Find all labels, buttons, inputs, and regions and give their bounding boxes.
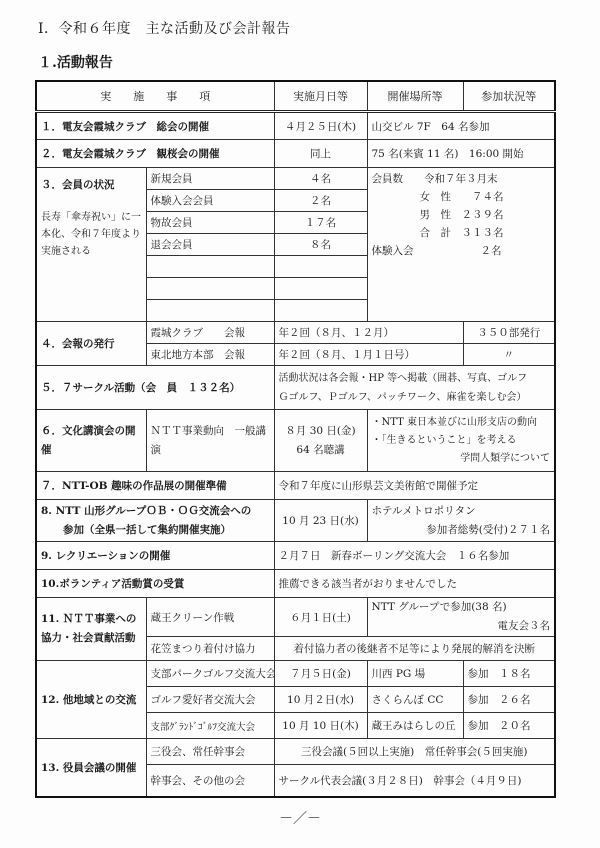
- female-count: 女 性 ７４名: [372, 188, 551, 206]
- row3-label: 新規会員: [146, 168, 274, 190]
- trial-label: 体験入会: [372, 242, 414, 260]
- header-date: 実施月日等: [274, 81, 367, 112]
- row1-place: 山交ビル 7F 64 名参加: [367, 112, 555, 140]
- row4-status: 〃: [463, 344, 555, 366]
- row10-detail: 推薦できる該当者がおりませんでした: [274, 570, 555, 598]
- row10-item: 10.ボランティア活動賞の受賞: [36, 570, 274, 598]
- row12-date: 10 月 10 日(木): [274, 713, 367, 739]
- row6-item: ６．文化講演会の開催: [36, 410, 146, 472]
- male-count: 男 性 ２３９名: [372, 206, 551, 224]
- row6-detail-line1: ・NTT 東日本並びに山形支店の動向: [372, 414, 551, 432]
- row11-label: 蔵王クリーン作戦: [146, 598, 274, 637]
- header-item: 実 施 事 項: [36, 81, 274, 112]
- page-number: －／－: [0, 808, 600, 828]
- row6-detail-line3: 学問人類学について: [372, 450, 551, 468]
- table-header-row: 実 施 事 項 実施月日等 開催場所等 参加状況等: [36, 81, 555, 112]
- row4-schedule: 年２回（８月、１２月）: [274, 322, 463, 344]
- row12-count: 参加 １８名: [463, 661, 555, 687]
- table-row: 11. ＮＴＴ事業への協力・社会貢献活動 蔵王クリーン作戦 ６月１日(土) NT…: [36, 598, 555, 637]
- table-row: ５．７サークル活動（会 員 １３２名） 活動状況は各会報・HP 等へ掲載（囲碁、…: [36, 366, 555, 410]
- row3-label: 退会会員: [146, 234, 274, 256]
- row2-place: 75 名(来賓 11 名) 16:00 開始: [367, 140, 555, 168]
- activity-report-table: 実 施 事 項 実施月日等 開催場所等 参加状況等 １．電友会霞城クラブ 総会の…: [35, 80, 556, 798]
- header-place: 開催場所等: [367, 81, 463, 112]
- row2-item: ２．電友会霞城クラブ 観桜会の開催: [36, 140, 274, 168]
- row5-detail-line1: 活動状況は各会報・HP 等へ掲載（囲碁、写真、ゴルフ: [279, 369, 551, 388]
- row3-label: [146, 300, 274, 322]
- member-count-heading: 会員数 令和７年３月末: [372, 170, 551, 188]
- table-row: ６．文化講演会の開催 ＮＴＴ事業動向 一般講演 ８月 30 日(金) 64 名聴…: [36, 410, 555, 472]
- row11-item: 11. ＮＴＴ事業への協力・社会貢献活動: [36, 598, 146, 661]
- row3-value: ４名: [274, 168, 367, 190]
- row3-item: ３．会員の状況: [41, 176, 142, 195]
- row4-schedule: 年２回（８月、１月１日号）: [274, 344, 463, 366]
- table-row: 13. 役員会議の開催 三役会、常任幹事会 三役会議(５回以上実施) 常任幹事会…: [36, 739, 555, 765]
- row8-place: ホテルメトロポリタン 参加者総勢(受付)２７１名: [367, 500, 555, 542]
- row3-label: 体験入会会員: [146, 190, 274, 212]
- row3-value: [274, 256, 367, 278]
- row3-value: ８名: [274, 234, 367, 256]
- row3-item-cell: ３．会員の状況 長寿「傘寿祝い」に一本化、令和７年度より実施される: [36, 168, 146, 322]
- row3-value: ２名: [274, 190, 367, 212]
- row6-detail: ・NTT 東日本並びに山形支店の動向 ・「生きるということ」を考える 学問人類学…: [367, 410, 555, 472]
- table-row: 10.ボランティア活動賞の受賞 推薦できる該当者がおりませんでした: [36, 570, 555, 598]
- row8-count: 参加者総勢(受付)２７１名: [372, 521, 551, 540]
- row1-item: １．電友会霞城クラブ 総会の開催: [36, 112, 274, 140]
- row5-detail: 活動状況は各会報・HP 等へ掲載（囲碁、写真、ゴルフ Ｇゴルフ、Ｐゴルフ、パッチ…: [274, 366, 555, 410]
- trial-value: ２名: [481, 242, 502, 260]
- row12-date: ７月５日(金): [274, 661, 367, 687]
- row7-detail: 令和７年度に山形県芸文美術館で開催予定: [274, 472, 555, 500]
- row3-label: [146, 256, 274, 278]
- row11-label: 花笠まつり着付け協力: [146, 637, 274, 661]
- row13-detail: 三役会議(５回以上実施) 常任幹事会(５回実施): [274, 739, 555, 765]
- row9-detail: ２月７日 新春ボーリング交流大会 １６名参加: [274, 542, 555, 570]
- row8-place-name: ホテルメトロポリタン: [372, 502, 551, 521]
- row8-item-line2: 参加（全県一括して集約開催実施）: [41, 521, 270, 540]
- table-row: ４．会報の発行 霞城クラブ 会報 年２回（８月、１２月） ３５０部発行: [36, 322, 555, 344]
- row4-label: 東北地方本部 会報: [146, 344, 274, 366]
- row5-item: ５．７サークル活動（会 員 １３２名）: [36, 366, 274, 410]
- table-row: １．電友会霞城クラブ 総会の開催 ４月２５日(木) 山交ビル 7F 64 名参加: [36, 112, 555, 140]
- row12-label: 支部ｸﾞﾗﾝﾄﾞｺﾞﾙﾌ交流大会: [146, 713, 274, 739]
- row11-detail: 着付協力者の後継者不足等により発展的解消を決断: [274, 637, 555, 661]
- header-status: 参加状況等: [463, 81, 555, 112]
- row8-date: 10 月 23 日(水): [274, 500, 367, 542]
- section-title: １.活動報告: [38, 52, 113, 72]
- row3-label: 物故会員: [146, 212, 274, 234]
- row6-sub: ＮＴＴ事業動向 一般講演: [146, 410, 274, 472]
- row12-count: 参加 ２０名: [463, 713, 555, 739]
- row11-detail-line1: NTT グループで参加(38 名): [372, 598, 551, 617]
- table-row: ７．NTT-OB 趣味の作品展の開催準備 令和７年度に山形県芸文美術館で開催予定: [36, 472, 555, 500]
- row12-label: ゴルフ愛好者交流大会: [146, 687, 274, 713]
- row12-date: 10 月２日(水): [274, 687, 367, 713]
- row12-item: 12. 他地域との交流: [36, 661, 146, 739]
- row11-detail: NTT グループで参加(38 名) 電友会３名: [367, 598, 555, 637]
- row3-note: 長寿「傘寿祝い」に一本化、令和７年度より実施される: [41, 209, 142, 260]
- row13-item: 13. 役員会議の開催: [36, 739, 146, 797]
- row8-item-line1: 8. NTT 山形グループＯＢ・ＯＧ交流会への: [41, 502, 270, 521]
- row2-date: 同上: [274, 140, 367, 168]
- row11-date: ６月１日(土): [274, 598, 367, 637]
- row5-detail-line2: Ｇゴルフ、Ｐゴルフ、パッチワーク、麻雀を楽しむ会）: [279, 388, 551, 407]
- row11-detail-line2: 電友会３名: [372, 617, 551, 636]
- row12-place: さくらんぼ CC: [367, 687, 463, 713]
- row4-label: 霞城クラブ 会報: [146, 322, 274, 344]
- row6-date: ８月 30 日(金) 64 名聴講: [274, 410, 367, 472]
- row9-item: 9. レクリエーションの開催: [36, 542, 274, 570]
- row6-detail-line2: ・「生きるということ」を考える: [372, 432, 551, 450]
- row12-place: 川西 PG 場: [367, 661, 463, 687]
- table-row: 8. NTT 山形グループＯＢ・ＯＧ交流会への 参加（全県一括して集約開催実施）…: [36, 500, 555, 542]
- row8-item: 8. NTT 山形グループＯＢ・ＯＧ交流会への 参加（全県一括して集約開催実施）: [36, 500, 274, 542]
- row12-label: 支部パークゴルフ交流大会: [146, 661, 274, 687]
- table-row: 12. 他地域との交流 支部パークゴルフ交流大会 ７月５日(金) 川西 PG 場…: [36, 661, 555, 687]
- row13-label: 三役会、常任幹事会: [146, 739, 274, 765]
- row4-status: ３５０部発行: [463, 322, 555, 344]
- table-row: ３．会員の状況 長寿「傘寿祝い」に一本化、令和７年度より実施される 新規会員 ４…: [36, 168, 555, 190]
- row4-item: ４．会報の発行: [36, 322, 146, 366]
- total-count: 合 計 ３１３名: [372, 224, 551, 242]
- row12-place: 蔵王みはらしの丘: [367, 713, 463, 739]
- table-row: 9. レクリエーションの開催 ２月７日 新春ボーリング交流大会 １６名参加: [36, 542, 555, 570]
- row13-detail: サークル代表会議(３月２８日) 幹事会（４月９日): [274, 765, 555, 797]
- trial-row: 体験入会 ２名: [372, 242, 502, 260]
- row1-date: ４月２５日(木): [274, 112, 367, 140]
- row12-count: 参加 ２６名: [463, 687, 555, 713]
- row13-label: 幹事会、その他の会: [146, 765, 274, 797]
- table-row: ２．電友会霞城クラブ 観桜会の開催 同上 75 名(来賓 11 名) 16:00…: [36, 140, 555, 168]
- row3-value: １７名: [274, 212, 367, 234]
- document-title: I．令和６年度 主な活動及び会計報告: [38, 18, 291, 38]
- row7-item: ７．NTT-OB 趣味の作品展の開催準備: [36, 472, 274, 500]
- row3-value: [274, 300, 367, 322]
- row3-value: [274, 278, 367, 300]
- row3-label: [146, 278, 274, 300]
- row3-summary: 会員数 令和７年３月末 女 性 ７４名 男 性 ２３９名 合 計 ３１３名 体験…: [367, 168, 555, 322]
